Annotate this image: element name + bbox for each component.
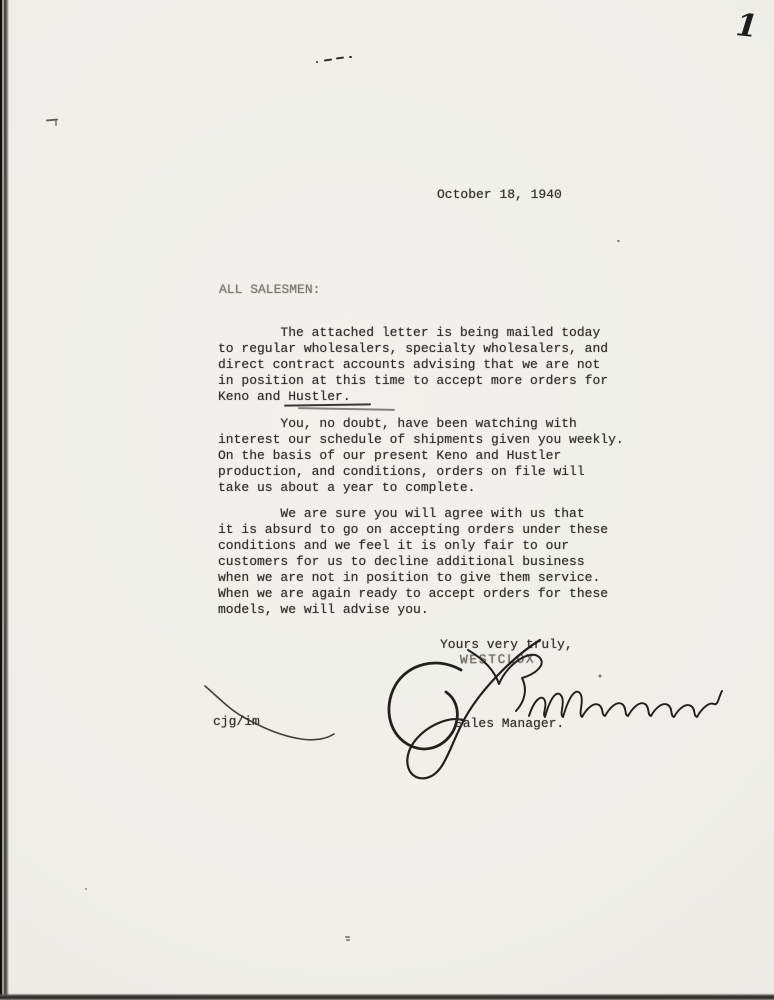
signature-stroke-g [468,650,542,711]
signature-i-dot [599,675,602,678]
letter-paragraph-3: We are sure you will agree with us that … [218,506,608,618]
signature-stroke-j [407,640,540,778]
signature-stroke-c [389,663,461,749]
scan-speck [346,939,350,941]
scanned-letter-page: 1 October 18, 1940 ALL SALESMEN: The att… [0,0,774,1000]
handwritten-page-number: 1 [734,7,759,45]
typist-initials: cjg/im [213,714,260,730]
letter-paragraph-1: The attached letter is being mailed toda… [218,325,608,405]
signature-left-flourish [205,686,334,740]
scan-speck [85,888,87,890]
letter-date: October 18, 1940 [437,187,562,203]
scan-speck [345,936,350,938]
scan-edge-left [0,0,9,1000]
hustler-underline [284,403,371,406]
scan-edge-bottom [0,992,774,1000]
scan-marks-top-center [316,55,358,65]
signer-title: Sales Manager. [455,716,564,732]
scan-speck [617,240,621,243]
letter-paragraph-2: You, no doubt, have been watching with i… [218,416,624,496]
scan-mark-top-left [46,117,62,127]
letter-salutation: ALL SALESMEN: [219,282,320,298]
hustler-underline-flourish [298,407,395,410]
signature-stroke-illmann [529,691,722,717]
